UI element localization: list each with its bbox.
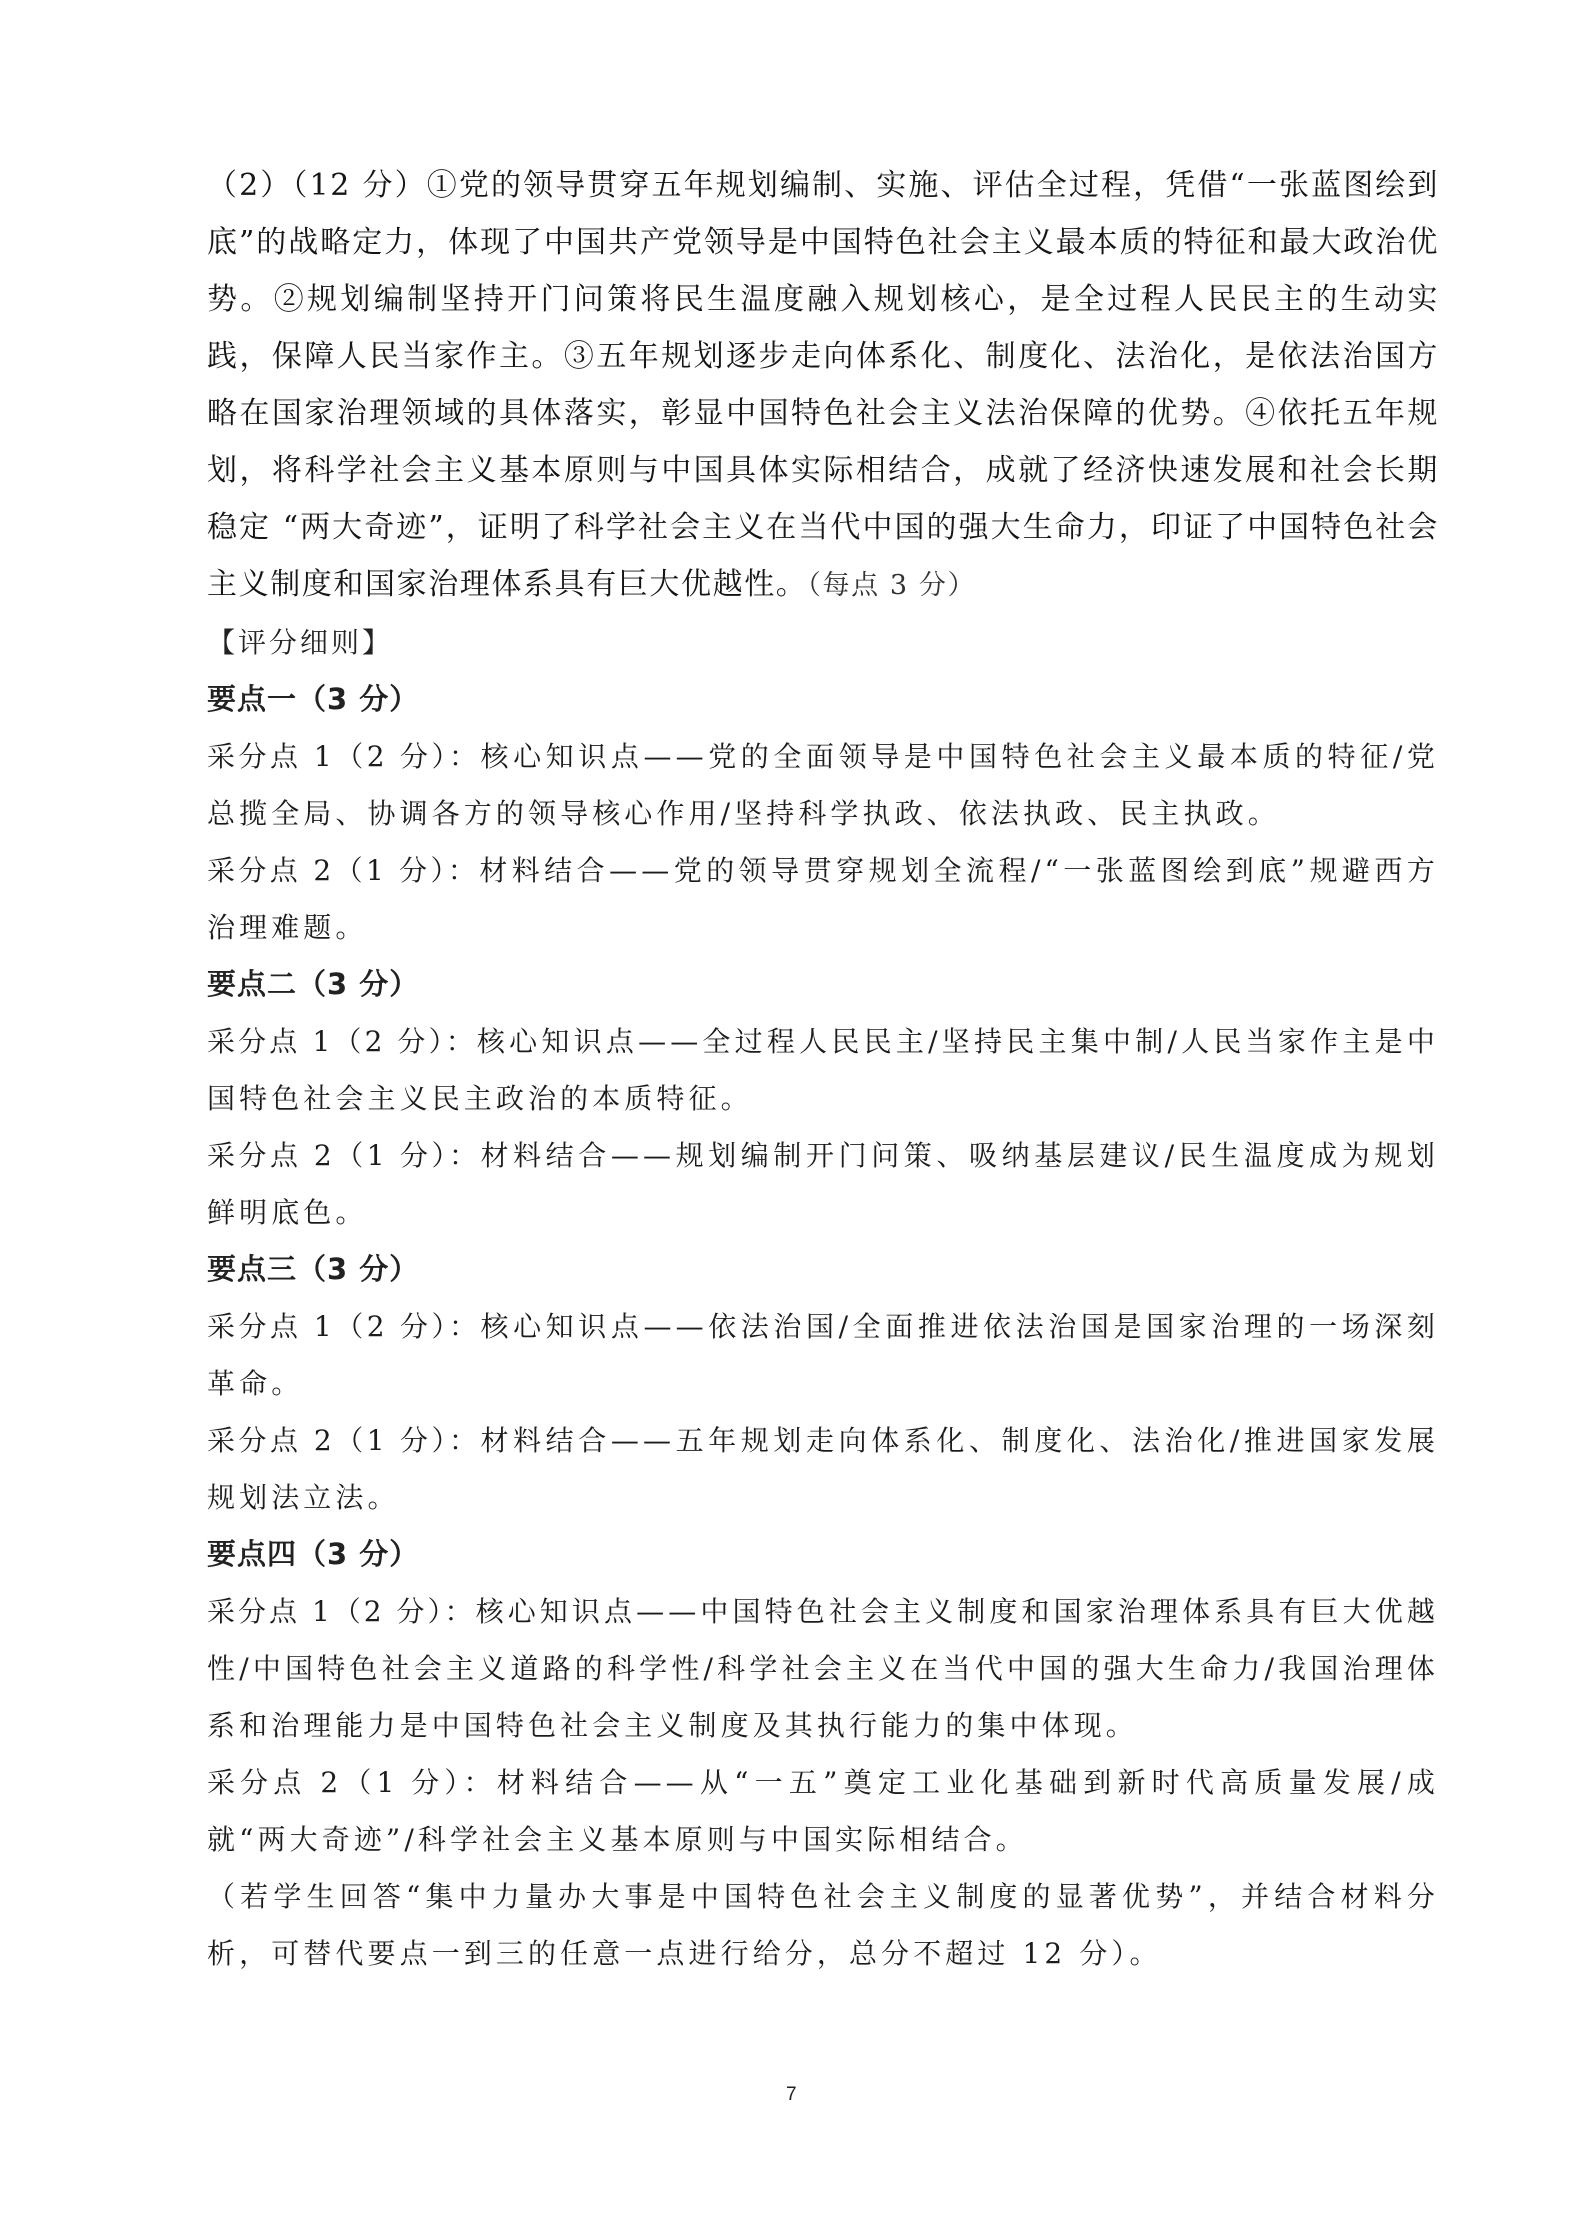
alternative-scoring-note: （若学生回答“集中力量办大事是中国特色社会主义制度的显著优势”，并结合材料分析，… xyxy=(207,1868,1439,1982)
rubric-point-3: 要点三（3 分） 采分点 1（2 分）：核心知识点——依法治国/全面推进依法治国… xyxy=(207,1241,1439,1526)
criterion-label: 采分点 1（2 分）： xyxy=(207,1310,480,1343)
point-heading: 要点四（3 分） xyxy=(207,1526,1439,1583)
criterion-item: 采分点 1（2 分）：核心知识点——中国特色社会主义制度和国家治理体系具有巨大优… xyxy=(207,1583,1439,1754)
criterion-label: 采分点 2（1 分）： xyxy=(207,1766,497,1799)
point-heading: 要点三（3 分） xyxy=(207,1241,1439,1298)
criterion-label: 采分点 2（1 分）： xyxy=(207,854,479,887)
criterion-item: 采分点 2（1 分）：材料结合——从“一五”奠定工业化基础到新时代高质量发展/成… xyxy=(207,1754,1439,1868)
rubric-point-1: 要点一（3 分） 采分点 1（2 分）：核心知识点——党的全面领导是中国特色社会… xyxy=(207,671,1439,956)
criterion-label: 采分点 1（2 分）： xyxy=(207,740,480,773)
point-heading: 要点二（3 分） xyxy=(207,956,1439,1013)
answer-paragraph: （2）（12 分）①党的领导贯穿五年规划编制、实施、评估全过程，凭借“一张蓝图绘… xyxy=(207,157,1439,614)
criterion-item: 采分点 2（1 分）：材料结合——规划编制开门问策、吸纳基层建议/民生温度成为规… xyxy=(207,1127,1439,1241)
question-number: （2） xyxy=(207,168,292,203)
criterion-label: 采分点 2（1 分）： xyxy=(207,1139,480,1172)
criterion-label: 采分点 2（1 分）： xyxy=(207,1424,480,1457)
point-heading: 要点一（3 分） xyxy=(207,671,1439,728)
rubric-point-4: 要点四（3 分） 采分点 1（2 分）：核心知识点——中国特色社会主义制度和国家… xyxy=(207,1526,1439,1868)
criterion-item: 采分点 2（1 分）：材料结合——党的领导贯穿规划全流程/“一张蓝图绘到底”规避… xyxy=(207,842,1439,956)
rubric-point-2: 要点二（3 分） 采分点 1（2 分）：核心知识点——全过程人民民主/坚持民主集… xyxy=(207,956,1439,1241)
scoring-note: （每点 3 分） xyxy=(807,570,976,601)
answer-text: ①党的领导贯穿五年规划编制、实施、评估全过程，凭借“一张蓝图绘到底”的战略定力，… xyxy=(207,168,1439,602)
document-page: （2）（12 分）①党的领导贯穿五年规划编制、实施、评估全过程，凭借“一张蓝图绘… xyxy=(207,157,1439,1982)
criterion-item: 采分点 1（2 分）：核心知识点——依法治国/全面推进依法治国是国家治理的一场深… xyxy=(207,1298,1439,1412)
question-score: （12 分） xyxy=(292,168,426,203)
rubric-title: 【评分细则】 xyxy=(207,614,1439,671)
criterion-item: 采分点 1（2 分）：核心知识点——党的全面领导是中国特色社会主义最本质的特征/… xyxy=(207,728,1439,842)
criterion-item: 采分点 1（2 分）：核心知识点——全过程人民民主/坚持民主集中制/人民当家作主… xyxy=(207,1013,1439,1127)
criterion-label: 采分点 1（2 分）： xyxy=(207,1025,477,1058)
page-number: 7 xyxy=(786,2084,797,2106)
criterion-item: 采分点 2（1 分）：材料结合——五年规划走向体系化、制度化、法治化/推进国家发… xyxy=(207,1412,1439,1526)
criterion-label: 采分点 1（2 分）： xyxy=(207,1595,476,1628)
